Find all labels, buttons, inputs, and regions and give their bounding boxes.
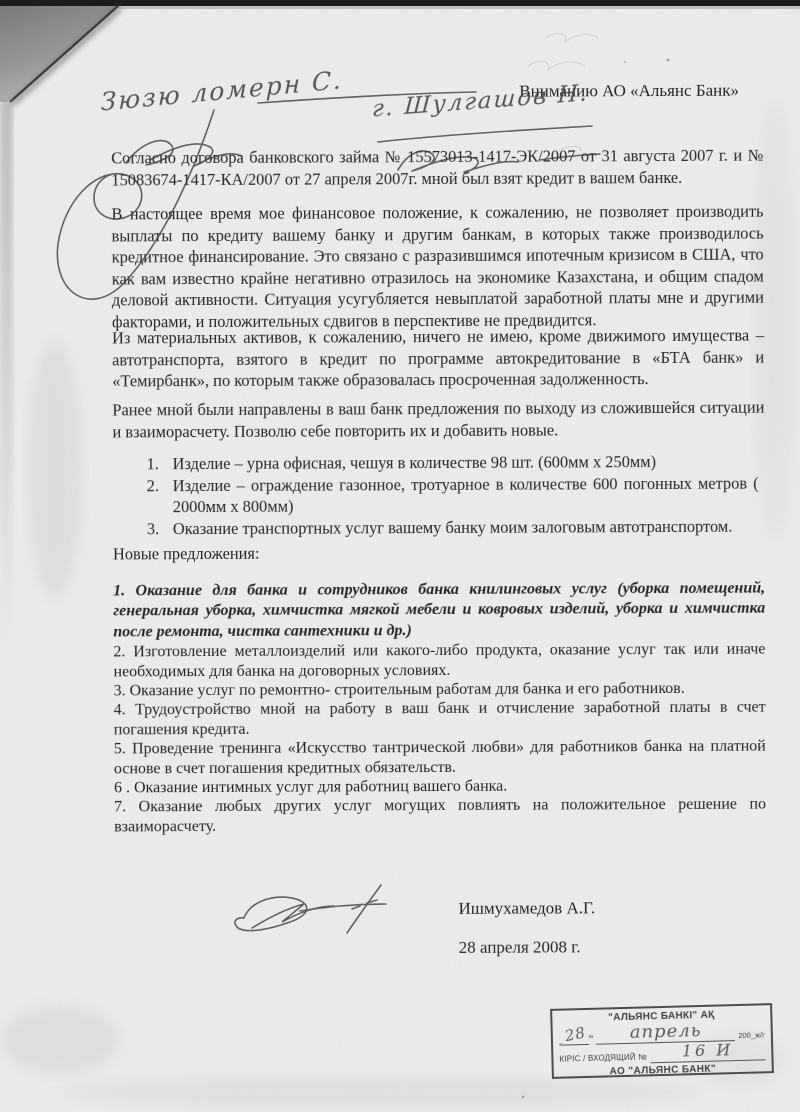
stamp-quote-close: " [589,1035,594,1045]
handwritten-resolution-note: Зюзю ломерн С. [101,65,344,116]
paragraph-earlier-proposals: Ранее мной были направлены в ваш банк пр… [112,397,764,443]
list-item-number: 1. [147,453,173,475]
signature-date: 28 апреля 2008 г. [459,937,581,958]
new-proposals-heading: Новые предложения: [113,542,765,565]
signature-name: Ишмухамедов А.Г. [458,898,595,919]
list-item: 1. Изделие – урна офисная, чешуя в колич… [113,451,765,475]
new-proposals-list: 1. Оказание для банка и сотрудников банк… [113,579,766,837]
stamp-incoming-label: КІРІС / ВХОДЯЩИЙ № [559,1052,647,1065]
list-item-number: 3. [147,518,173,540]
proposal-item: 1. Оказание для банка и сотрудников банк… [113,579,765,643]
handwritten-month: апрель [629,1020,701,1043]
paragraph-financial-situation: В настоящее время мое финансовое положен… [111,201,764,333]
list-item: 2. Изделие – ограждение газонное, тротуа… [113,472,765,518]
list-item-number: 2. [147,475,173,518]
handwritten-incoming-number: 16 И [682,1040,734,1060]
stamp-number-field: 16 И [650,1039,766,1063]
old-proposals-list: 1. Изделие – урна офисная, чешуя в колич… [113,451,765,540]
proposal-item: 4. Трудоустройство мной на работу в ваш … [114,698,766,740]
paragraph-assets: Из материальных активов, к сожалению, ни… [112,325,764,393]
bank-incoming-stamp: "АЛЬЯНС БАНКІ" АҚ „ 28 " апрель 200_ж/г … [550,1003,774,1079]
proposal-item: 2. Изготовление металлоизделий или каког… [113,640,765,682]
letter-body: Вниманию АО «Альянс Банк» Зюзю ломерн С.… [111,0,768,1112]
proposal-item: 7. Оказание любых других услуг могущих п… [114,795,766,837]
scanned-letter-page: Вниманию АО «Альянс Банк» Зюзю ломерн С.… [0,0,800,1112]
list-item: 3. Оказание транспортных услуг вашему ба… [113,515,765,539]
list-item-text: Изделие – ограждение газонное, тротуарно… [173,472,765,518]
list-item-text: Изделие – урна офисная, чешуя в количест… [173,451,765,475]
stamp-day-field: 28 [563,1025,590,1046]
paragraph-loan-agreements: Согласно договора банковского займа № 15… [111,145,763,191]
handwritten-day: 28 [564,1023,588,1045]
proposal-item: 5. Проведение тренинга «Искусство тантри… [114,737,766,779]
list-item-text: Оказание транспортных услуг вашему банку… [173,515,765,539]
